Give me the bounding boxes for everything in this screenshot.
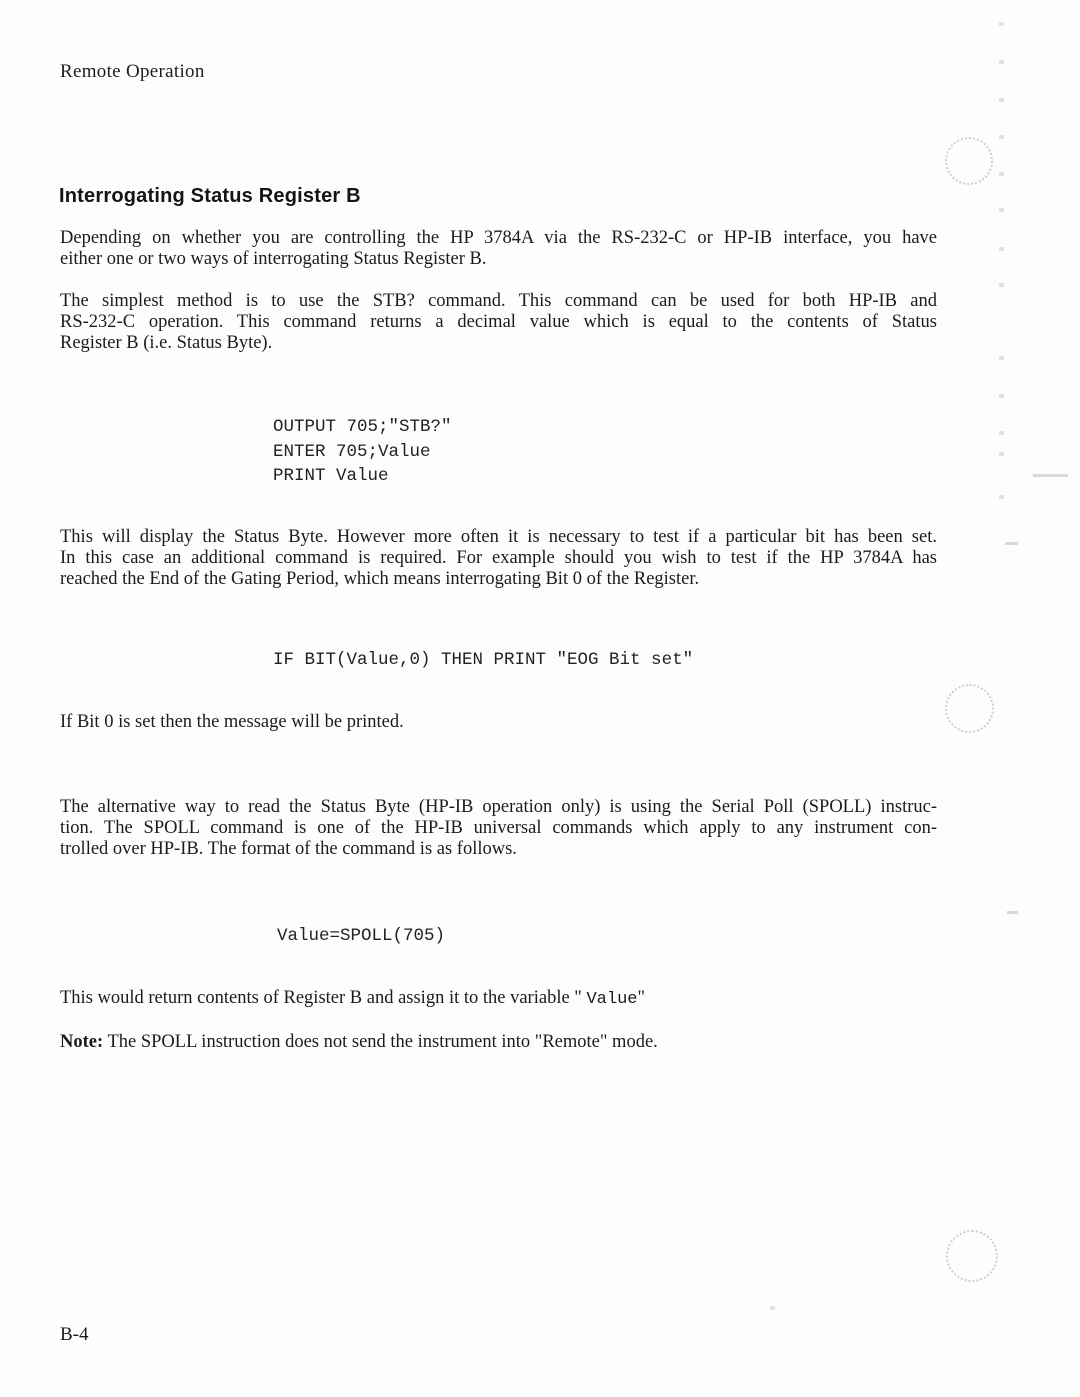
scan-speck [999, 247, 1004, 251]
note-text: The SPOLL instruction does not send the … [103, 1032, 658, 1052]
page-number: B-4 [60, 1324, 89, 1346]
text-line: Depending on whether you are controlling… [60, 228, 937, 249]
paragraph-spoll-return-close-quote: " [638, 988, 646, 1008]
scan-speck [999, 208, 1004, 212]
paragraph-status-byte: This will display the Status Byte. Howev… [60, 527, 937, 590]
paragraph-intro: Depending on whether you are controlling… [60, 228, 937, 270]
scan-speck [999, 22, 1004, 26]
text-line: The alternative way to read the Status B… [60, 797, 937, 818]
scan-dash [1005, 542, 1018, 545]
scan-speck [999, 283, 1004, 287]
text-line: either one or two ways of interrogating … [60, 249, 937, 270]
text-line: ENTER 705;Value [273, 440, 452, 465]
text-line: Register B (i.e. Status Byte). [60, 333, 937, 354]
punch-hole-mark-bottom [946, 1230, 998, 1282]
text-line: IF BIT(Value,0) THEN PRINT "EOG Bit set" [273, 648, 693, 673]
scan-dash [1007, 911, 1018, 914]
text-line: OUTPUT 705;"STB?" [273, 415, 452, 440]
scan-speck [999, 172, 1004, 176]
text-line: PRINT Value [273, 464, 452, 489]
page-header: Remote Operation [60, 61, 205, 83]
paragraph-spoll-alternative: The alternative way to read the Status B… [60, 797, 937, 860]
scan-speck [999, 60, 1004, 64]
scan-speck [999, 394, 1004, 398]
text-line: tion. The SPOLL command is one of the HP… [60, 818, 937, 839]
code-block-stb-example: OUTPUT 705;"STB?"ENTER 705;ValuePRINT Va… [273, 415, 452, 489]
section-heading: Interrogating Status Register B [59, 185, 361, 208]
scan-speck [999, 431, 1004, 435]
scan-speck [999, 98, 1004, 102]
scan-speck [999, 495, 1004, 499]
text-line: Value=SPOLL(705) [277, 924, 445, 949]
scan-dash [1033, 474, 1068, 477]
inline-code-value: Value [586, 990, 637, 1009]
scan-speck [999, 452, 1004, 456]
text-line: If Bit 0 is set then the message will be… [60, 712, 937, 733]
paragraph-spoll-return-text: This would return contents of Register B… [60, 988, 586, 1008]
paragraph-note: Note: The SPOLL instruction does not sen… [60, 1032, 937, 1053]
paragraph-stb-method: The simplest method is to use the STB? c… [60, 291, 937, 354]
text-line: reached the End of the Gating Period, wh… [60, 569, 937, 590]
punch-hole-mark-middle [945, 684, 994, 733]
text-line: This will display the Status Byte. Howev… [60, 527, 937, 548]
scan-speck [770, 1306, 775, 1310]
scan-speck [999, 135, 1004, 139]
text-line: trolled over HP-IB. The format of the co… [60, 839, 937, 860]
text-line: The simplest method is to use the STB? c… [60, 291, 937, 312]
code-block-spoll: Value=SPOLL(705) [277, 924, 445, 949]
text-line: In this case an additional command is re… [60, 548, 937, 569]
paragraph-spoll-return: This would return contents of Register B… [60, 988, 937, 1010]
text-line: RS-232-C operation. This command returns… [60, 312, 937, 333]
punch-hole-mark-top [945, 137, 993, 185]
code-block-bit-test: IF BIT(Value,0) THEN PRINT "EOG Bit set" [273, 648, 693, 673]
scan-speck [999, 356, 1004, 360]
paragraph-bit0-printed: If Bit 0 is set then the message will be… [60, 712, 937, 733]
note-label: Note: [60, 1032, 103, 1052]
